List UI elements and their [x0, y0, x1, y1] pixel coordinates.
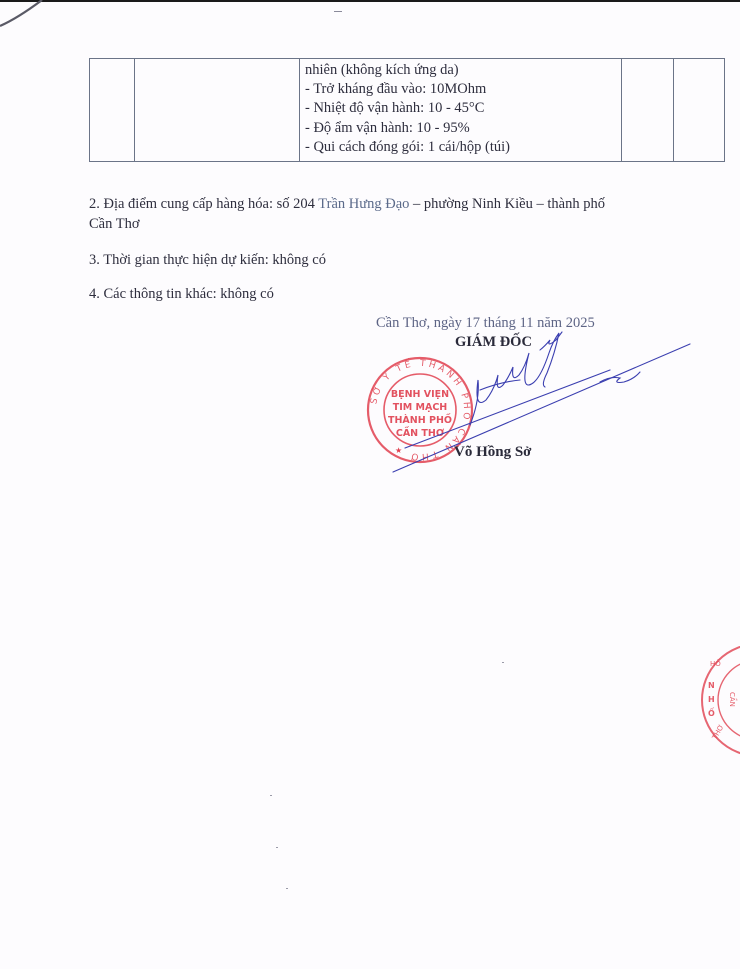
- table-divider: [299, 59, 300, 161]
- signer-name: Võ Hồng Sở: [454, 444, 532, 461]
- page-top-edge: [0, 0, 740, 2]
- scan-speck: [276, 847, 278, 848]
- spec-line: - Độ ẩm vận hành: 10 - 95%: [305, 119, 510, 138]
- delivery-street: Trần Hưng Đạo: [318, 196, 409, 212]
- delivery-location-suffix: – phường Ninh Kiều – thành phố: [409, 196, 605, 212]
- svg-text:N: N: [708, 681, 715, 690]
- svg-text:H: H: [708, 695, 715, 704]
- svg-text:HỐ: HỐ: [710, 658, 721, 668]
- svg-text:THƠ: THƠ: [710, 723, 725, 742]
- scan-speck: [502, 662, 504, 663]
- specification-table: nhiên (không kích ứng da) - Trở kháng đầ…: [89, 58, 725, 162]
- delivery-location-prefix: 2. Địa điểm cung cấp hàng hóa: số 204: [89, 196, 318, 212]
- delivery-location-line2: Cần Thơ: [89, 214, 140, 234]
- spec-line: - Qui cách đóng gói: 1 cái/hộp (túi): [305, 138, 510, 157]
- spec-cell: nhiên (không kích ứng da) - Trở kháng đầ…: [305, 61, 510, 157]
- other-info: 4. Các thông tin khác: không có: [89, 284, 274, 304]
- spec-line: nhiên (không kích ứng da): [305, 61, 510, 80]
- partial-stamp-edge: HỐ CẦN N H Ố THƠ: [700, 640, 740, 760]
- scan-mark: [334, 11, 342, 12]
- scan-speck: [270, 795, 272, 796]
- delivery-location: 2. Địa điểm cung cấp hàng hóa: số 204 Tr…: [89, 194, 605, 214]
- svg-text:CẦN: CẦN: [728, 692, 738, 707]
- spec-line: - Nhiệt độ vận hành: 10 - 45°C: [305, 99, 510, 118]
- page-corner-curl: [0, 0, 60, 30]
- spec-line: - Trở kháng đầu vào: 10MOhm: [305, 80, 510, 99]
- expected-time: 3. Thời gian thực hiện dự kiến: không có: [89, 250, 326, 270]
- table-divider: [134, 59, 135, 161]
- scan-speck: [286, 888, 288, 889]
- svg-text:Ố: Ố: [708, 706, 715, 718]
- table-divider: [673, 59, 674, 161]
- table-divider: [621, 59, 622, 161]
